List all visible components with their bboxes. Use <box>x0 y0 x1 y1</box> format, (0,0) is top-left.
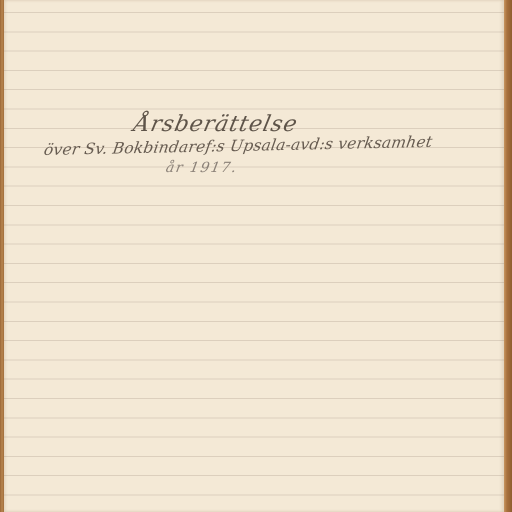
document-title: Årsberättelse <box>131 112 300 137</box>
right-page-edge <box>504 0 512 512</box>
document-year: år 1917. <box>165 160 239 176</box>
lined-paper-page <box>4 0 504 512</box>
